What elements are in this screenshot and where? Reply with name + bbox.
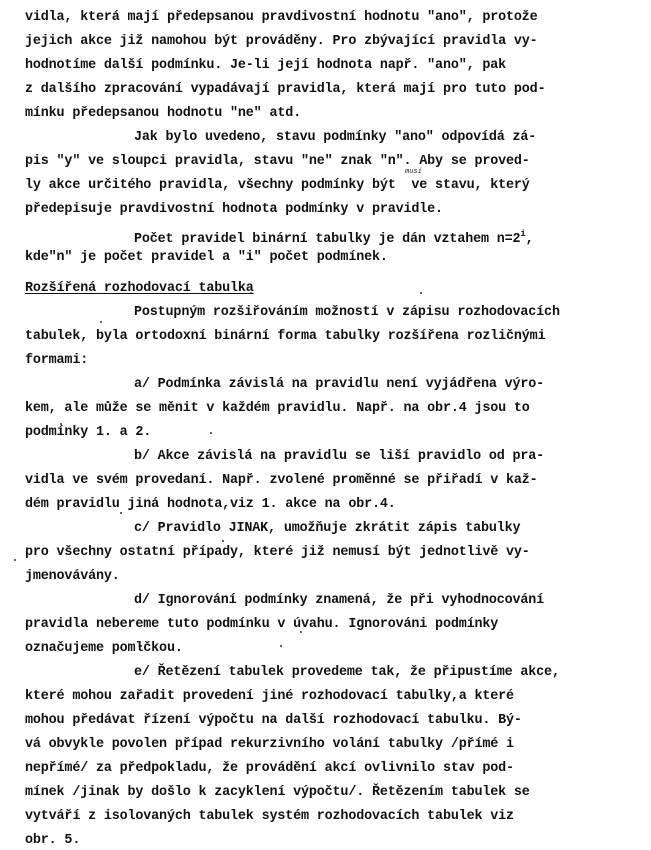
line-text: tabulek, byla ortodoxní binární forma ta…: [25, 329, 545, 344]
text-line: Jak bylo uvedeno, stavu podmínky "ano" o…: [134, 130, 536, 146]
line-text: formami:: [25, 353, 88, 368]
line-text: označujeme pomlčkou.: [25, 641, 183, 656]
line-text: vytváří z isolovaných tabulek systém roz…: [25, 809, 514, 824]
text-line: jejich akce již namohou být prováděny. P…: [25, 34, 538, 50]
scan-speck: [280, 645, 282, 647]
text-line: Postupným rozšiřováním možností v zápisu…: [134, 305, 560, 321]
text-line: nepřímé/ za předpokladu, že provádění ak…: [25, 761, 514, 777]
text-line: d/ Ignorování podmínky znamená, že při v…: [134, 593, 544, 609]
line-text: z dalšího zpracování vypadávají pravidla…: [25, 82, 545, 97]
text-line: vytváří z isolovaných tabulek systém roz…: [25, 809, 514, 825]
scan-speck: [300, 631, 302, 633]
line-text: nepřímé/ za předpokladu, že provádění ak…: [25, 761, 514, 776]
text-line: předepisuje pravdivostní hodnota podmínk…: [25, 202, 443, 218]
text-line: vidla, která mají předepsanou pravdivost…: [25, 10, 538, 26]
line-text: mínek /jinak by došlo k zacyklení výpočt…: [25, 785, 530, 800]
text-line: obr. 5.: [25, 833, 80, 849]
scan-speck: [210, 432, 212, 434]
text-line: mínku předepsanou hodnotu "ne" atd.: [25, 106, 301, 122]
text-line: Počet pravidel binární tabulky je dán vz…: [134, 226, 534, 242]
line-text: kde"n" je počet pravidel a "i" počet pod…: [25, 250, 388, 265]
text-line: kde"n" je počet pravidel a "i" počet pod…: [25, 250, 388, 266]
scan-speck: [60, 423, 62, 425]
document-page: vidla, která mají předepsanou pravdivost…: [0, 0, 651, 850]
text-line: formami:: [25, 353, 88, 369]
line-text: vidla ve svém provedaní. Např. zvolené p…: [25, 473, 538, 488]
text-line: mohou předávat řízení výpočtu na další r…: [25, 713, 522, 729]
line-text: Počet pravidel binární tabulky je dán vz…: [134, 232, 520, 247]
line-text: b/ Akce závislá na pravidlu se liší prav…: [134, 449, 544, 464]
text-line: označujeme pomlčkou.: [25, 641, 183, 657]
text-line: b/ Akce závislá na pravidlu se liší prav…: [134, 449, 544, 465]
line-text: pravidla nebereme tuto podmínku v úvahu.…: [25, 617, 498, 632]
line-text: obr. 5.: [25, 833, 80, 848]
line-text: Rozšířená rozhodovací tabulka: [25, 281, 254, 296]
line-text: mínku předepsanou hodnotu "ne" atd.: [25, 106, 301, 121]
text-line: dém pravidlu jiná hodnota,viz 1. akce na…: [25, 497, 396, 513]
section-heading: Rozšířená rozhodovací tabulka: [25, 281, 254, 297]
line-text: hodnotíme další podmínku. Je-li její hod…: [25, 58, 506, 73]
text-line: tabulek, byla ortodoxní binární forma ta…: [25, 329, 545, 345]
line-text: jmenovávány.: [25, 569, 120, 584]
text-line: a/ Podmínka závislá na pravidlu není vyj…: [134, 377, 544, 393]
text-line: e/ Řetězení tabulek provedeme tak, že př…: [134, 665, 560, 681]
line-text: vidla, která mají předepsanou pravdivost…: [25, 10, 538, 25]
text-line: c/ Pravidlo JINAK, umožňuje zkrátit zápi…: [134, 521, 520, 537]
text-line: hodnotíme další podmínku. Je-li její hod…: [25, 58, 506, 74]
text-line: kem, ale může se měnit v každém pravidlu…: [25, 401, 530, 417]
line-text: pro všechny ostatní případy, které již n…: [25, 545, 530, 560]
line-text: mohou předávat řízení výpočtu na další r…: [25, 713, 522, 728]
text-line: pis "y" ve sloupci pravidla, stavu "ne" …: [25, 154, 530, 170]
scan-speck: [222, 540, 224, 542]
line-text: jejich akce již namohou být prováděny. P…: [25, 34, 538, 49]
text-line: mínek /jinak by došlo k zacyklení výpočt…: [25, 785, 530, 801]
text-line: které mohou zařadit provedení jiné rozho…: [25, 689, 514, 705]
line-text: ly akce určitého pravidla, všechny podmí…: [25, 178, 530, 193]
handwritten-annotation: musí: [405, 168, 422, 176]
scan-speck: [250, 292, 252, 294]
line-text: e/ Řetězení tabulek provedeme tak, že př…: [134, 665, 560, 680]
line-text: předepisuje pravdivostní hodnota podmínk…: [25, 202, 443, 217]
scan-speck: [120, 512, 122, 514]
line-text: Postupným rozšiřováním možností v zápisu…: [134, 305, 560, 320]
text-line: vá obvykle povolen případ rekurzivního v…: [25, 737, 514, 753]
text-line: pravidla nebereme tuto podmínku v úvahu.…: [25, 617, 498, 633]
scan-speck: [240, 136, 242, 138]
scan-speck: [140, 645, 142, 647]
line-text: kem, ale může se měnit v každém pravidlu…: [25, 401, 530, 416]
text-line: pro všechny ostatní případy, které již n…: [25, 545, 530, 561]
line-text: dém pravidlu jiná hodnota,viz 1. akce na…: [25, 497, 396, 512]
text-line: jmenovávány.: [25, 569, 120, 585]
line-text: d/ Ignorování podmínky znamená, že při v…: [134, 593, 544, 608]
line-text: vá obvykle povolen případ rekurzivního v…: [25, 737, 514, 752]
line-text: pis "y" ve sloupci pravidla, stavu "ne" …: [25, 154, 530, 169]
line-text-suffix: ,: [526, 232, 534, 247]
text-line: ly akce určitého pravidla, všechny podmí…: [25, 178, 530, 194]
line-text: podmínky 1. a 2.: [25, 425, 151, 440]
text-line: vidla ve svém provedaní. Např. zvolené p…: [25, 473, 538, 489]
line-text: Jak bylo uvedeno, stavu podmínky "ano" o…: [134, 130, 536, 145]
scan-speck: [100, 321, 102, 323]
scan-speck: [420, 292, 422, 294]
scan-speck: [14, 559, 16, 561]
text-line: podmínky 1. a 2.: [25, 425, 151, 441]
line-text: a/ Podmínka závislá na pravidlu není vyj…: [134, 377, 544, 392]
text-line: z dalšího zpracování vypadávají pravidla…: [25, 82, 545, 98]
line-text: c/ Pravidlo JINAK, umožňuje zkrátit zápi…: [134, 521, 520, 536]
line-text: které mohou zařadit provedení jiné rozho…: [25, 689, 514, 704]
